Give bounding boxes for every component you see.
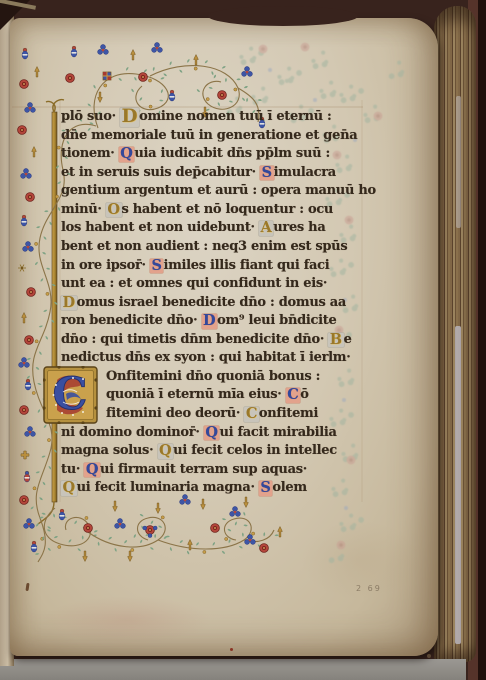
text-run: uia iudicabit dn̄s pp̄lm suū : [134,146,330,161]
text-run: onfitemi [259,406,318,421]
text-run: ō [300,387,308,402]
text-run: olem [272,480,306,495]
versal-initial: D [61,296,77,311]
text-run: in ore ipsor̄· [61,258,150,273]
versal-initial: Q [84,463,100,478]
table-surface [0,659,466,680]
parchment-stain [42,596,212,644]
versal-initial: C [286,388,301,403]
manuscript-text-block: plō suo· Domine nomen tuū ī eternū :dn̄e… [61,108,365,498]
text-run: tionem· [61,146,119,161]
manuscript-line: nedictus dn̄s ex syon : qui habitat ī ie… [61,349,365,368]
manuscript-line: los habent et non uidebunt· Aures ha [61,219,365,238]
bookmark-ribbon-short [456,96,461,228]
text-run: magna solus· [61,443,158,458]
versal-initial: A [259,221,273,236]
bookmark-ribbon [455,326,461,644]
text-run: imulacra [274,165,336,180]
manuscript-line: plō suo· Domine nomen tuū ī eternū : [61,108,365,127]
manuscript-line: Qui fecit luminaria magna· Solem [61,479,365,498]
manuscript-line: ron benedicite dn̄o· Dom⁹ leui bn̄dicite [61,312,365,331]
text-run: fitemini deo deorū· [106,406,244,421]
manuscript-line: ni domino dominor̄· Qui facit mirabilia [61,424,365,443]
manuscript-line: Onfitemini dn̄o quoniā bonus : [61,368,365,387]
text-run: ui fecit celos in intellec [173,443,337,458]
text-run: los habent et non uidebunt· [61,220,259,235]
text-run: unt ea : et omnes qui confidunt in eis· [61,276,327,291]
book-cover-edge [478,0,486,680]
manuscript-line: tu· Qui firmauit terram sup aquas· [61,461,365,480]
text-run: dn̄e memoriale tuū in generatione et gen… [61,128,357,143]
manuscript-photo: plō suo· Domine nomen tuū ī eternū :dn̄e… [0,0,486,680]
text-run: plō suo· [61,109,120,124]
text-run: om⁹ leui bn̄dicite [217,313,336,328]
manuscript-line: in ore ipsor̄· Similes illis fiant qui f… [61,257,365,276]
ink-fleck [230,648,233,651]
text-run: ui firmauit terram sup aquas· [100,462,307,477]
text-run: minū· [61,202,106,217]
text-run: omus israel benedicite dn̄o : domus aa [77,295,346,310]
versal-initial: C [244,407,259,422]
manuscript-line: Domus israel benedicite dn̄o : domus aa [61,294,365,313]
folio-number-mark: 2 69 [356,584,382,593]
text-run: ures ha [273,220,325,235]
versal-initial: Q [61,481,77,496]
text-run: tu· [61,462,84,477]
text-run: ui facit mirabilia [219,425,336,440]
manuscript-line: et in seruis suis dep̄cabitur· Simulacra [61,164,365,183]
text-run: quoniā ī eternū mīa eius· [106,387,286,402]
text-run: ron benedicite dn̄o· [61,313,202,328]
text-run: gentium argentum et aurū : opera manuū h… [61,183,376,198]
text-run: nedictus dn̄s ex syon : qui habitat ī ie… [61,350,350,365]
text-run: bent et non audient : neq3 enim est spūs [61,239,347,254]
text-run: ui fecit luminaria magna· [77,480,259,495]
text-run: ni domino dominor̄· [61,425,204,440]
versal-initial: D [120,108,139,127]
manuscript-line: unt ea : et omnes qui confidunt in eis· [61,275,365,294]
manuscript-line: gentium argentum et aurū : opera manuū h… [61,182,365,201]
ink-fleck [427,654,431,658]
manuscript-line: bent et non audient : neq3 enim est spūs [61,238,365,257]
text-run: imiles illis fiant qui faci [163,258,329,273]
text-run: dn̄o : qui timetis dn̄m benedicite dn̄o· [61,332,328,347]
illuminated-initial-svg: C [43,366,98,424]
page-top-edge-wave [208,6,358,26]
manuscript-line: quoniā ī eternū mīa eius· Cō [61,386,365,405]
text-run: s habent et nō loquentur : ocu [122,202,334,217]
manuscript-line: dn̄o : qui timetis dn̄m benedicite dn̄o·… [61,331,365,350]
manuscript-line: dn̄e memoriale tuū in generatione et gen… [61,127,365,146]
versal-initial: Q [119,147,135,162]
versal-initial: D [202,314,218,329]
illuminated-initial-c: C [43,366,98,424]
versal-initial: S [259,481,272,496]
manuscript-line: fitemini deo deorū· Confitemi [61,405,365,424]
versal-initial: S [150,259,163,274]
manuscript-line: minū· Os habent et nō loquentur : ocu [61,201,365,220]
manuscript-line: magna solus· Qui fecit celos in intellec [61,442,365,461]
manuscript-line: tionem· Quia iudicabit dn̄s pp̄lm suū : [61,145,365,164]
versal-initial: Q [158,444,174,459]
versal-initial: B [328,333,343,348]
versal-initial: S [260,166,273,181]
text-run: Onfitemini dn̄o quoniā bonus : [106,369,320,384]
text-run: et in seruis suis dep̄cabitur· [61,165,260,180]
versal-initial: O [106,203,122,218]
text-run: omine nomen tuū ī eternū : [139,109,331,124]
versal-initial: Q [204,426,220,441]
text-run: e [344,332,352,347]
